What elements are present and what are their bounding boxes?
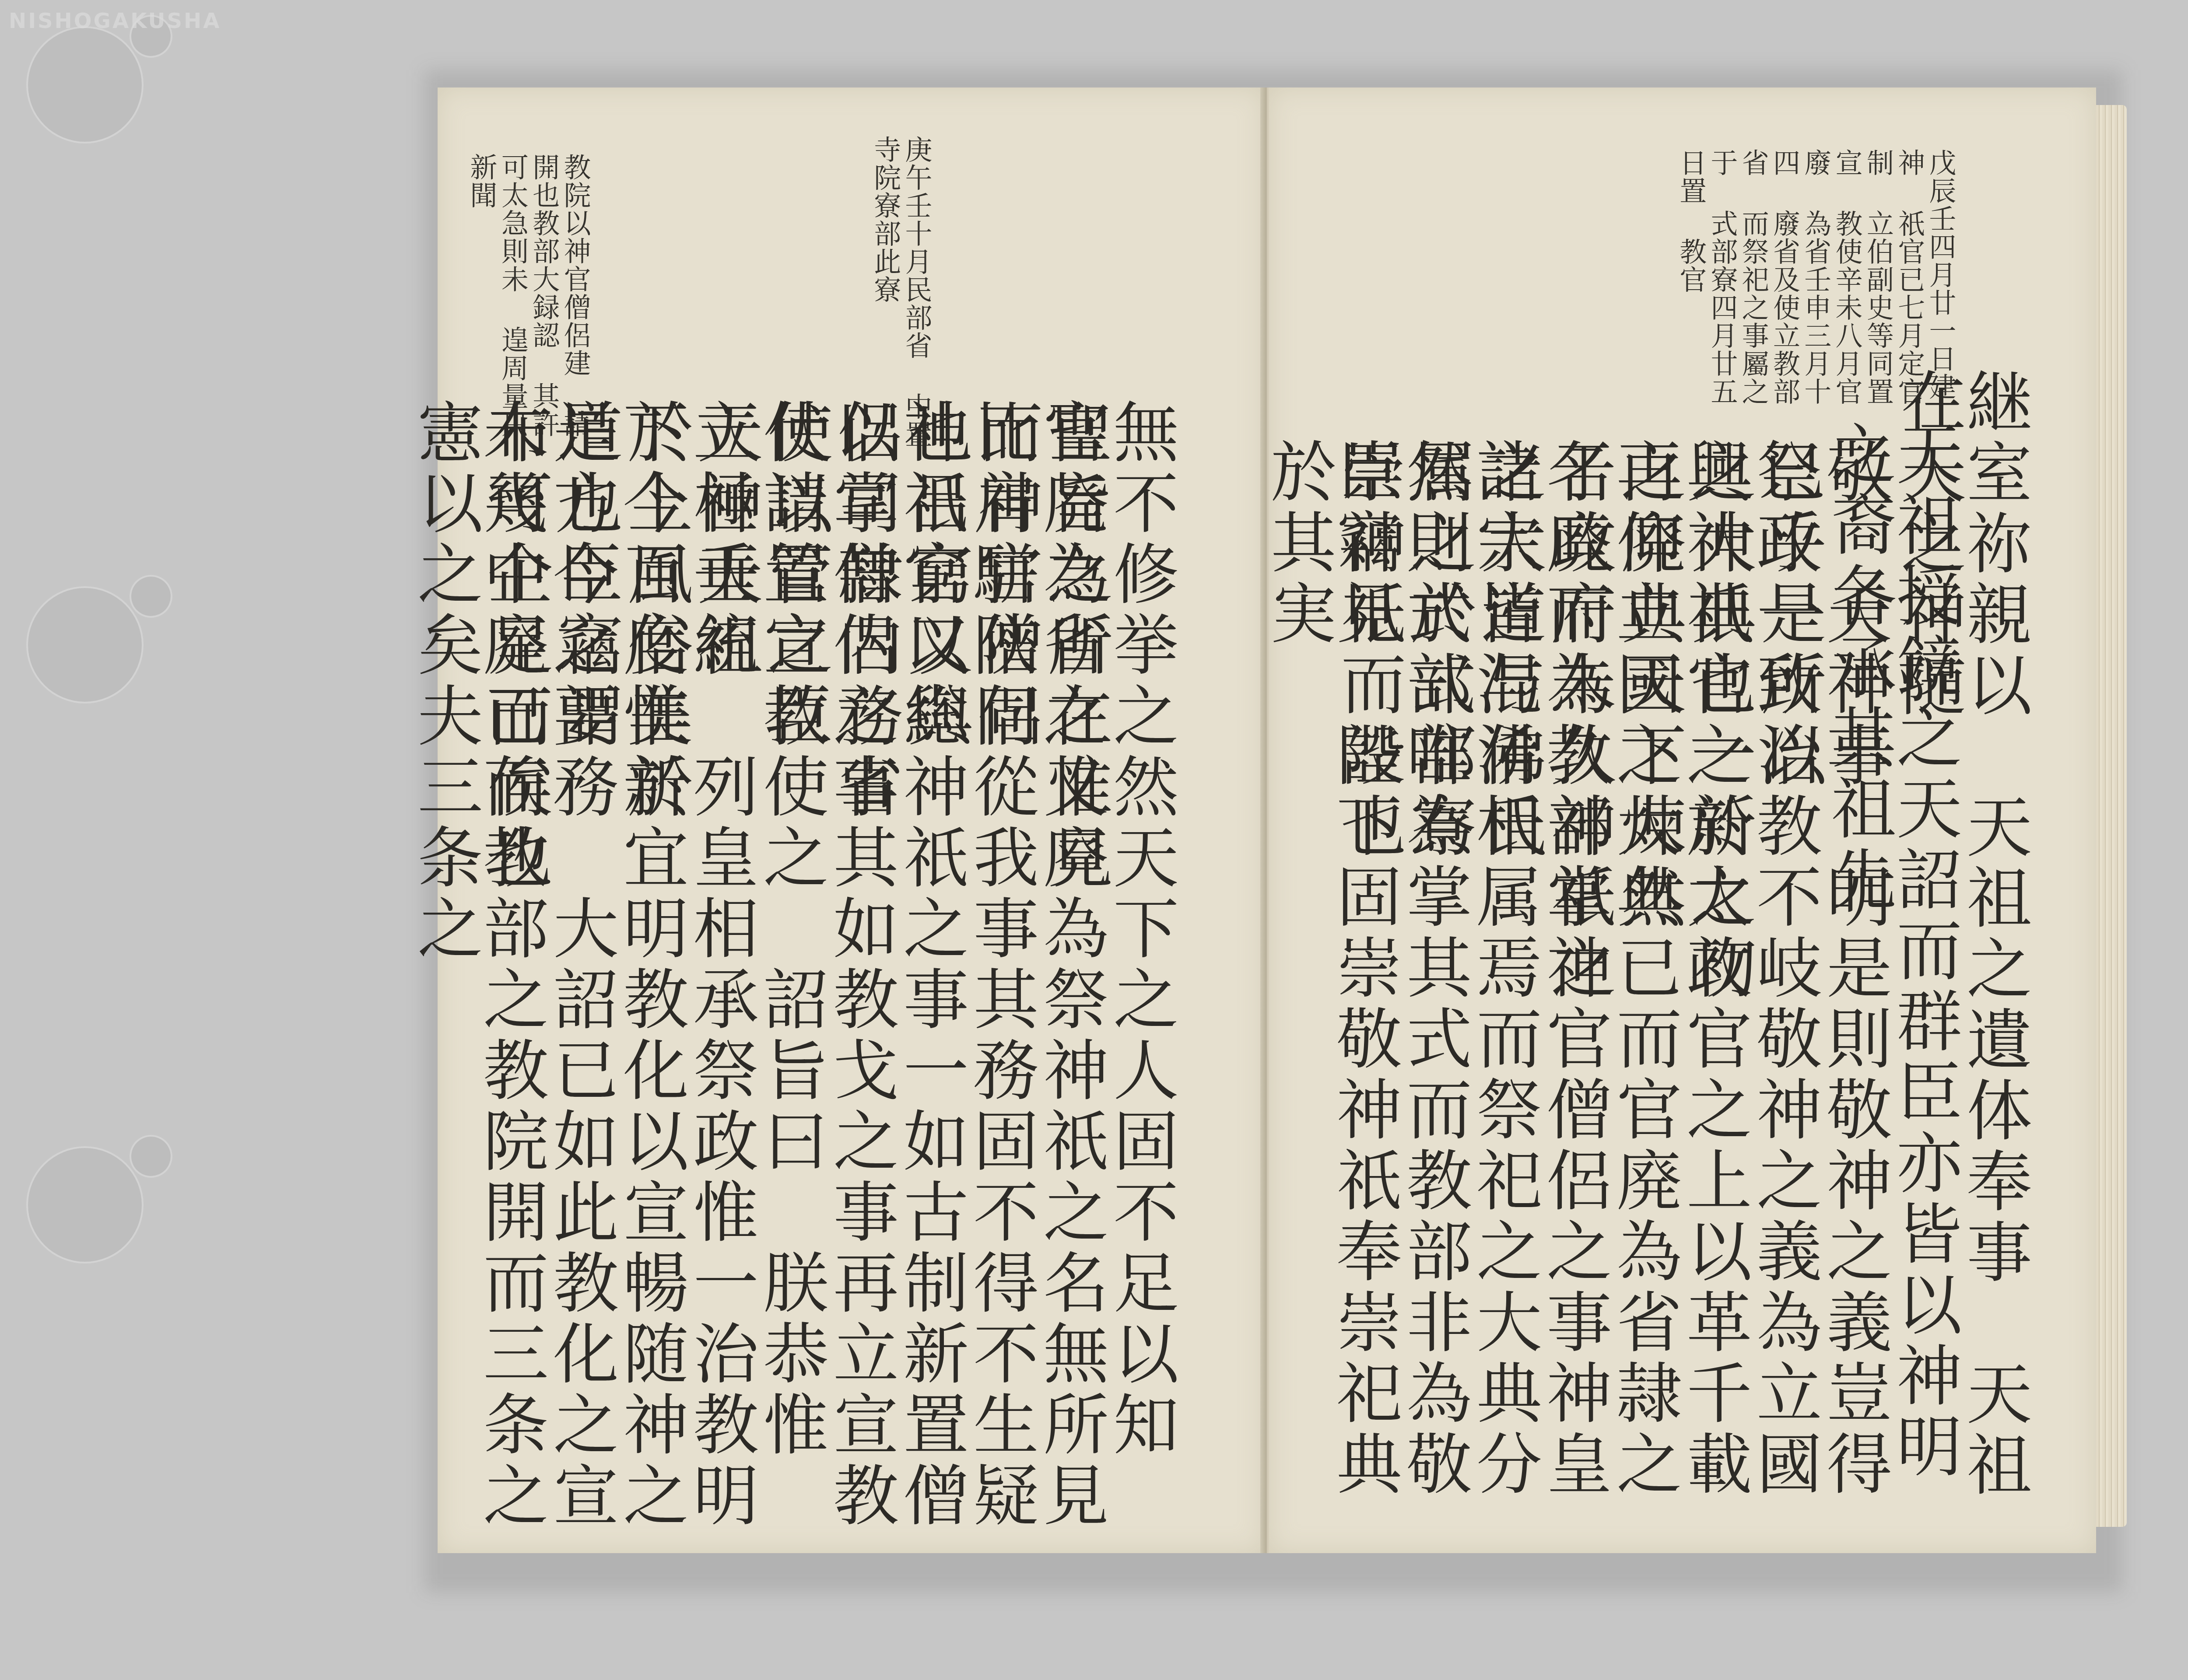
nishogakusha-logo-icon: [26, 26, 144, 143]
headnote-line: 庚午壬十月民部省: [901, 136, 933, 360]
nishogakusha-logo-icon: [26, 1146, 144, 1263]
left-page: 教院以神官僧侶建 請開也教部大録認 其許可太急則未 遑周量只新聞 庚午壬十月民部…: [438, 87, 1265, 1553]
headnote-line: 教官: [1675, 238, 1707, 294]
watermark-text: NISHOGAKUSHA: [9, 9, 221, 33]
book-fore-edge: [2096, 105, 2127, 1527]
right-page: 戊辰壬四月廿一日建神 祇官已七月定官制 立伯副史等同置宣 教使辛未八月官廢 為省…: [1269, 87, 2096, 1553]
text-column: 臣竊見 陛下固崇敬神祇奉崇祀典於其実: [1265, 437, 1396, 1553]
nishogakusha-logo-icon: [26, 586, 144, 703]
headnote-line: 教院以神官僧侶建: [559, 153, 591, 377]
text-column: 未幾中廃已而教部之教院開而三条之憲以之矣夫三条之: [411, 398, 543, 1553]
